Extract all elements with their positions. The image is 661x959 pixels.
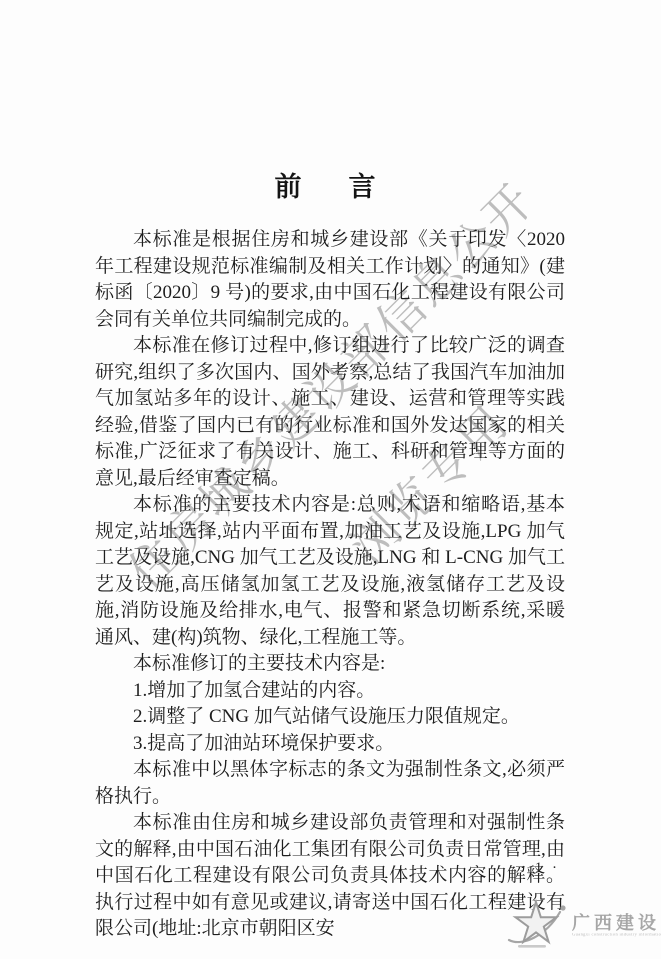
body-paragraph: 2.调整了 CNG 加气站储气设施压力限值规定。	[95, 704, 565, 731]
body-paragraph: 本标准是根据住房和城乡建设部《关于印发〈2020 年工程建设规范标准编制及相关工…	[95, 227, 565, 333]
document-page: 前 言 本标准是根据住房和城乡建设部《关于印发〈2020 年工程建设规范标准编制…	[0, 0, 661, 959]
page-number: · 1 ·	[95, 860, 560, 877]
body-paragraph: 1.增加了加氢合建站的内容。	[95, 678, 565, 705]
body-paragraph: 本标准中以黑体字标志的条文为强制性条文,必须严格执行。	[95, 757, 565, 810]
site-logo: 广西建设网 Guangxi construction industry info…	[506, 897, 656, 955]
logo-text-block: 广西建设网 Guangxi construction industry info…	[572, 914, 661, 939]
page-title: 前 言	[95, 165, 565, 204]
body-paragraph: 本标准修订的主要技术内容是:	[95, 651, 565, 678]
body-paragraph: 本标准在修订过程中,修订组进行了比较广泛的调查研究,组织了多次国内、国外考察,总…	[95, 333, 565, 492]
logo-site-name: 广西建设网	[572, 914, 661, 934]
body-paragraph: 3.提高了加油站环境保护要求。	[95, 731, 565, 758]
document-body: 本标准是根据住房和城乡建设部《关于印发〈2020 年工程建设规范标准编制及相关工…	[95, 227, 565, 943]
star-swoosh-icon	[506, 896, 568, 957]
body-paragraph: 本标准的主要技术内容是:总则,术语和缩略语,基本规定,站址选择,站内平面布置,加…	[95, 492, 565, 651]
logo-tagline: Guangxi construction industry informatio…	[572, 933, 661, 938]
